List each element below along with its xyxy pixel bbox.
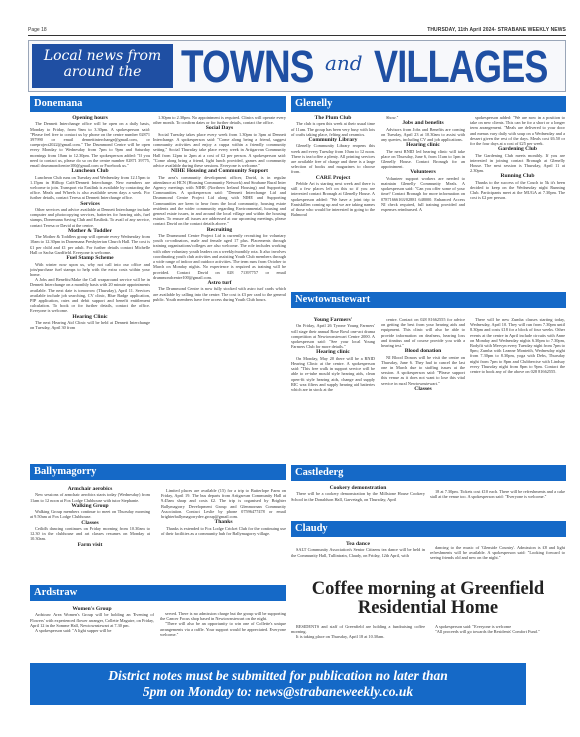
article-paragraph: Thanks to the success of the Couch to 5k… bbox=[470, 180, 565, 201]
greenfield-column-1: RESIDENTS and staff of Greenfield are ho… bbox=[291, 624, 425, 660]
section-bar-donemana: Donemana bbox=[30, 96, 286, 112]
castlederg-column-2: 18 at 7.30pm. Tickets cost £10 each. The… bbox=[430, 489, 565, 520]
article-paragraph: "All proceeds will go towards the Reside… bbox=[430, 629, 565, 634]
article-paragraph: There will be new Zumba classes starting… bbox=[470, 317, 565, 374]
section-bar-glenelly: Glenelly bbox=[291, 96, 566, 112]
article-paragraph: A spokesperson said: "A light supper wil… bbox=[30, 628, 154, 633]
article-paragraph: dancing to the music of 'Glenside Countr… bbox=[430, 545, 565, 561]
article-paragraph: NI Blood Donors will be visit the centre… bbox=[381, 355, 465, 386]
article-paragraph: 18 at 7.30pm. Tickets cost £10 each. The… bbox=[430, 489, 565, 499]
article-paragraph: Volunteer support workers are needed to … bbox=[381, 176, 465, 212]
masthead-towns: TOWNS bbox=[181, 41, 314, 93]
page-header: Page 18 THURSDAY, 11th April 2024- STRAB… bbox=[28, 26, 566, 36]
article-paragraph: The Mother & Toddlers group will operate… bbox=[30, 234, 150, 255]
article-paragraph: The Drummond Centre is now fully stocked… bbox=[153, 286, 286, 302]
article-paragraph: The Gardening Club meets monthly. If you… bbox=[470, 153, 565, 174]
donemana-column-2: 1.30pm to 2.30pm. No appointment is requ… bbox=[153, 115, 286, 463]
article-paragraph: The Drummond Centre Project Ltd is curre… bbox=[153, 233, 286, 280]
greenfield-headline: Coffee morning at Greenfield Residential… bbox=[290, 580, 566, 618]
article-heading: Classes bbox=[381, 386, 465, 392]
article-paragraph: Other services and advice available at D… bbox=[30, 207, 150, 228]
article-paragraph: Ardstraw Area Women's Group will be hold… bbox=[30, 612, 154, 628]
article-paragraph: The area's community development officer… bbox=[153, 175, 286, 227]
article-paragraph: New sessions of armchair aerobics starts… bbox=[30, 492, 150, 502]
masthead-line1: Local news from bbox=[32, 48, 173, 64]
masthead-local-news: Local news from around the bbox=[32, 44, 173, 88]
submission-notice-banner: District notes must be submitted for pub… bbox=[30, 663, 526, 705]
article-paragraph: On Friday, April 26 Tyrone Young Farmers… bbox=[291, 323, 375, 349]
article-paragraph: "There will also be an opportunity to wi… bbox=[160, 621, 286, 637]
ballymagorry-column-2: Limited places are available (15) for a … bbox=[161, 488, 286, 584]
ardstraw-column-2: served. There is no admission charge but… bbox=[160, 611, 286, 660]
newtownstewart-column-1: Young Farmers'On Friday, April 26 Tyrone… bbox=[291, 317, 375, 463]
article-paragraph: A Jobs and Benefits/Make the Call wrapar… bbox=[30, 277, 150, 313]
ardstraw-column-1: Women's GroupArdstraw Area Women's Group… bbox=[30, 606, 154, 660]
article-paragraph: There will be a cookery demonstration by… bbox=[291, 491, 425, 501]
claudy-column-1: Tea danceSALT Community Association's Se… bbox=[291, 541, 425, 577]
article-paragraph: Advisors from Jobs and Benefits are comi… bbox=[381, 127, 465, 143]
article-paragraph: The club is open this week at their usua… bbox=[291, 121, 375, 137]
article-paragraph: RESIDENTS and staff of Greenfield are ho… bbox=[291, 624, 425, 634]
submission-notice-line2: 5pm on Monday to: news@strabaneweekly.co… bbox=[30, 684, 526, 700]
greenfield-column-2: A spokesperson said: "Everyone is welcom… bbox=[430, 624, 565, 660]
newtownstewart-column-2: centre. Contact on 028 81662555 for advi… bbox=[381, 317, 465, 463]
glenelly-column-1: The Plum ClubThe club is open this week … bbox=[291, 115, 375, 291]
castlederg-column-1: Cookery demonstrationThere will be a coo… bbox=[291, 485, 425, 520]
section-bar-newtownstewart: Newtownstewart bbox=[291, 292, 566, 308]
article-paragraph: Social Tuesday takes place every week fr… bbox=[153, 132, 286, 168]
dateline: THURSDAY, 11th April 2024- STRABANE WEEK… bbox=[427, 27, 566, 33]
article-paragraph: It is taking place on Thursday, April 18… bbox=[291, 634, 425, 639]
section-bar-castlederg: Castlederg bbox=[291, 465, 566, 481]
article-paragraph: Glenelly Community Library reopens this … bbox=[291, 143, 375, 174]
article-heading: Farm visit bbox=[30, 542, 150, 548]
ballymagorry-column-1: Armchair aerobicsNew sessions of armchai… bbox=[30, 486, 150, 584]
article-paragraph: On Monday, May 20 there will be a RNID H… bbox=[291, 356, 375, 392]
article-paragraph: centre. Contact on 028 81662555 for advi… bbox=[381, 317, 465, 348]
article-paragraph: served. There is no admission charge but… bbox=[160, 611, 286, 621]
glenelly-column-2: Show."Jobs and benefitsAdvisors from Job… bbox=[381, 115, 465, 291]
masthead: Local news from around the TOWNS and VIL… bbox=[28, 40, 566, 92]
article-paragraph: SALT Community Association's Senior Citi… bbox=[291, 547, 425, 557]
claudy-column-2: dancing to the music of 'Glenside Countr… bbox=[430, 545, 565, 577]
article-paragraph: 1.30pm to 2.30pm. No appointment is requ… bbox=[153, 115, 286, 125]
masthead-and: and bbox=[325, 51, 363, 75]
article-heading: NIHE Housing and Community Support bbox=[153, 168, 286, 174]
masthead-villages: VILLAGES bbox=[374, 41, 548, 93]
article-paragraph: The next RNID led hearing clinic will ta… bbox=[381, 149, 465, 170]
submission-notice-line1: District notes must be submitted for pub… bbox=[30, 668, 526, 684]
article-paragraph: The Dennett Interchange office will be o… bbox=[30, 121, 150, 168]
article-paragraph: spokesperson added: "We are now in a pos… bbox=[470, 115, 565, 146]
article-paragraph: Luncheon Club runs on Tuesday and Wednes… bbox=[30, 175, 150, 201]
article-paragraph: Ceilidh dancing continues on Friday morn… bbox=[30, 526, 150, 542]
donemana-column-1: Opening hoursThe Dennett Interchange off… bbox=[30, 115, 150, 463]
section-bar-ballymagorry: Ballymagorry bbox=[30, 464, 286, 480]
article-paragraph: With winter now upon us, why not call in… bbox=[30, 262, 150, 278]
article-paragraph: Thanks is extended to Fox Lodge Cricket … bbox=[161, 526, 286, 536]
masthead-line2: around the bbox=[32, 64, 173, 80]
page-number: Page 18 bbox=[28, 27, 47, 33]
article-paragraph: The next Hearing Aid Clinic will be held… bbox=[30, 320, 150, 330]
section-bar-claudy: Claudy bbox=[291, 521, 566, 537]
newtownstewart-column-3: There will be new Zumba classes starting… bbox=[470, 317, 565, 463]
glenelly-column-3: spokesperson added: "We are now in a pos… bbox=[470, 115, 565, 291]
article-paragraph: Limited places are available (15) for a … bbox=[161, 488, 286, 519]
article-paragraph: Pebble Art is starting next week and the… bbox=[291, 181, 375, 217]
article-paragraph: Walking Group members continue to meet o… bbox=[30, 509, 150, 519]
section-bar-ardstraw: Ardstraw bbox=[30, 585, 286, 601]
